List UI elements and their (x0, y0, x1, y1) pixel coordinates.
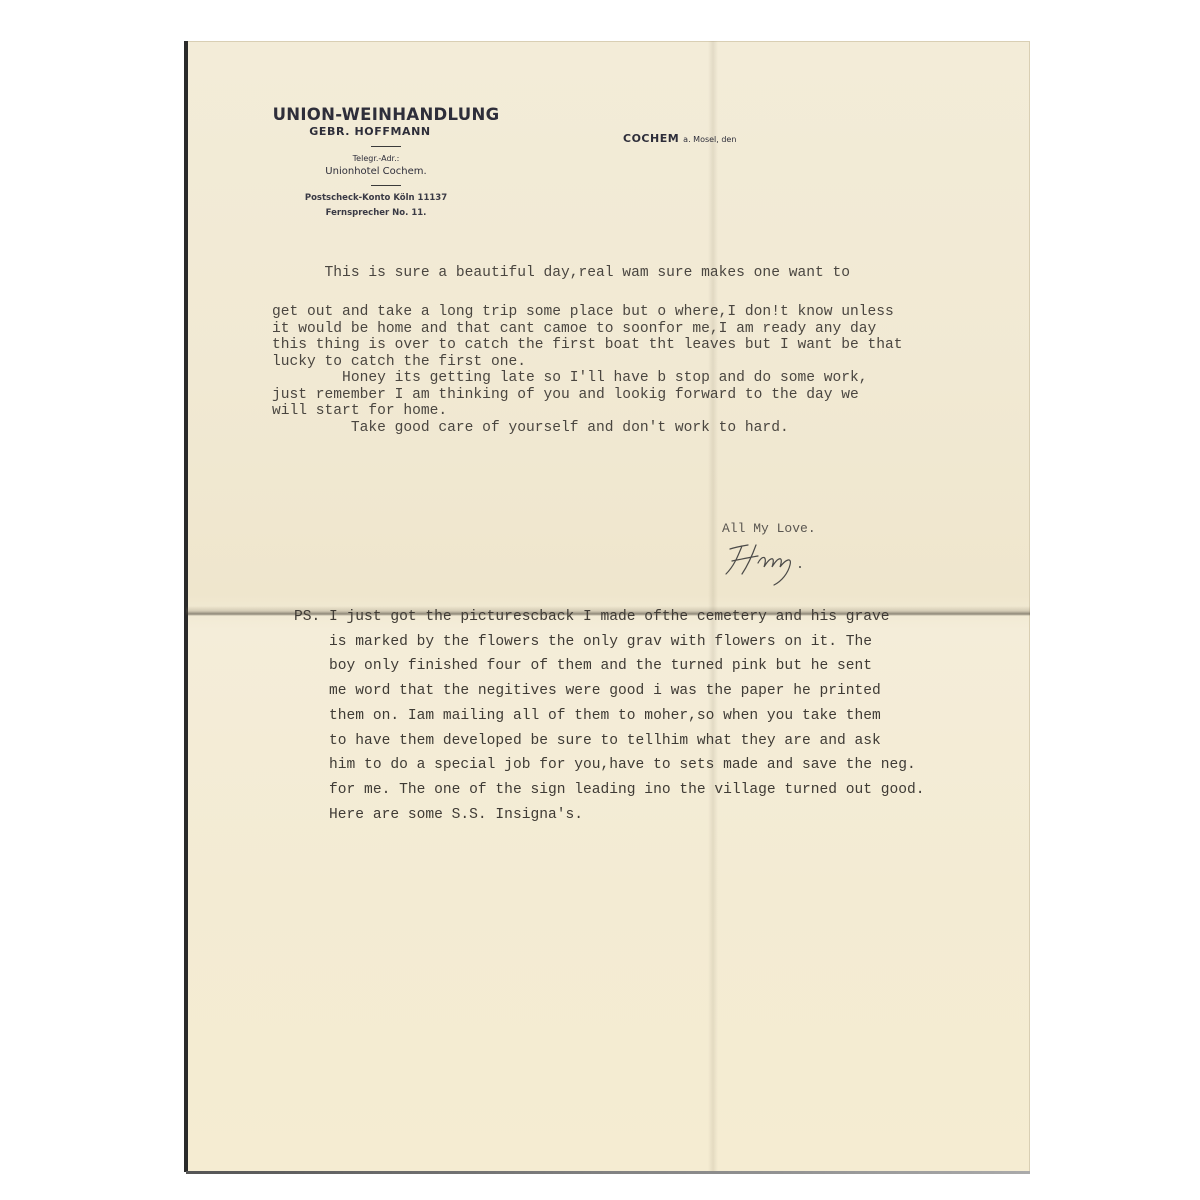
letterhead: UNION-WEINHANDLUNG GEBR. HOFFMANN Telegr… (236, 105, 536, 218)
closing-salutation: All My Love. (722, 521, 816, 536)
postscript: PS. I just got the picturescback I made … (294, 605, 925, 827)
postscheck-account: Postscheck-Konto Köln 11137 (216, 193, 536, 203)
letterhead-divider (371, 185, 401, 186)
place-date-line: COCHEMa. Mosel, den (623, 127, 736, 146)
letter-sheet: UNION-WEINHANDLUNG GEBR. HOFFMANN Telegr… (186, 41, 1030, 1172)
paper-edge-shadow-bottom (186, 1171, 1030, 1174)
place-city: COCHEM (623, 132, 679, 145)
place-suffix: a. Mosel, den (683, 135, 736, 144)
handwritten-signature: Happy (722, 541, 812, 586)
firm-name: UNION-WEINHANDLUNG (236, 105, 536, 124)
letter-body: get out and take a long trip some place … (272, 304, 903, 436)
telegram-address: Unionhotel Cochem. (216, 166, 536, 177)
telegram-label: Telegr.-Adr.: (216, 154, 536, 163)
proprietor-name: GEBR. HOFFMANN (204, 125, 536, 138)
letter-opening-line: This is sure a beautiful day,real wam su… (272, 265, 850, 282)
telephone-number: Fernsprecher No. 11. (216, 208, 536, 218)
letterhead-divider (371, 146, 401, 147)
